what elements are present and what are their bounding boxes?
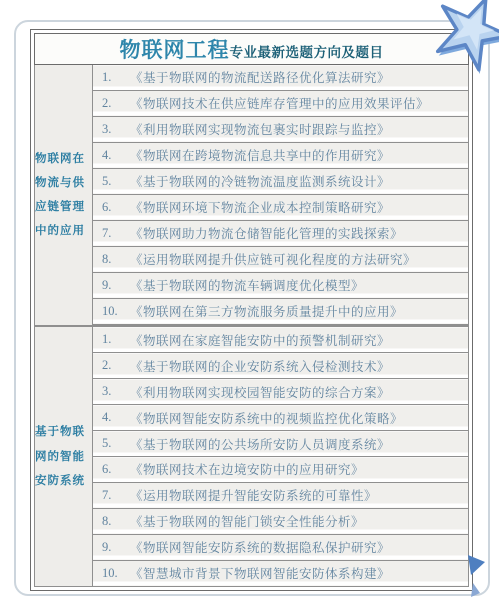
topic-title: 《利用物联网实现校园智能安防的综合方案》 (130, 383, 390, 401)
topic-number: 10. (102, 566, 130, 581)
topic-title: 《物联网技术在边境安防中的应用研究》 (130, 460, 364, 478)
topic-title: 《物联网智能安防系统的数据隐私保护研究》 (130, 538, 390, 556)
page-subtitle: 专业最新选题方向及题目 (230, 45, 384, 60)
topic-cell: 6.《物联网技术在边境安防中的应用研究》 (93, 457, 469, 483)
topic-number: 3. (102, 122, 130, 137)
topic-title: 《物联网环境下物流企业成本控制策略研究》 (130, 198, 390, 216)
topic-number: 9. (102, 278, 130, 293)
table-row: 5.《基于物联网的公共场所安防人员调度系统》 (35, 431, 469, 457)
topic-title: 《基于物联网的企业安防系统入侵检测技术》 (130, 357, 390, 375)
table-row: 3.《利用物联网实现校园智能安防的综合方案》 (35, 379, 469, 405)
topic-number: 2. (102, 96, 130, 111)
table-row: 9.《基于物联网的物流车辆调度优化模型》 (35, 272, 469, 298)
table-row: 6.《物联网环境下物流企业成本控制策略研究》 (35, 194, 469, 220)
topic-cell: 3.《利用物联网实现校园智能安防的综合方案》 (93, 379, 469, 405)
topic-number: 7. (102, 488, 130, 503)
topic-title: 《智慧城市背景下物联网智能安防体系构建》 (130, 564, 390, 582)
topic-title: 《基于物联网的公共场所安防人员调度系统》 (130, 435, 390, 453)
topic-number: 6. (102, 462, 130, 477)
topics-table: 物联网工程专业最新选题方向及题目 物联网在物流与供应链管理中的应用1.《基于物联… (34, 33, 469, 587)
topics-table-frame: 物联网工程专业最新选题方向及题目 物联网在物流与供应链管理中的应用1.《基于物联… (30, 29, 473, 591)
topic-cell: 6.《物联网环境下物流企业成本控制策略研究》 (93, 194, 469, 220)
topic-title: 《物联网助力物流仓储智能化管理的实践探索》 (130, 224, 403, 242)
topic-number: 4. (102, 410, 130, 425)
topic-title: 《物联网智能安防系统中的视频监控优化策略》 (130, 409, 403, 427)
table-row: 7.《物联网助力物流仓储智能化管理的实践探索》 (35, 220, 469, 246)
topic-number: 3. (102, 384, 130, 399)
table-row: 2.《基于物联网的企业安防系统入侵检测技术》 (35, 353, 469, 379)
topic-title: 《基于物联网的智能门锁安全性能分析》 (130, 512, 364, 530)
topic-number: 1. (102, 70, 130, 85)
topic-cell: 7.《运用物联网提升智能安防系统的可靠性》 (93, 482, 469, 508)
topics-table-body: 物联网工程专业最新选题方向及题目 物联网在物流与供应链管理中的应用1.《基于物联… (35, 34, 469, 587)
topic-number: 1. (102, 332, 130, 347)
table-row: 2.《物联网技术在供应链库存管理中的应用效果评估》 (35, 90, 469, 116)
topic-number: 2. (102, 358, 130, 373)
table-row: 9.《物联网智能安防系统的数据隐私保护研究》 (35, 534, 469, 560)
screenshot-root: { "title": { "main": "物联网工程", "sub": "专业… (0, 0, 499, 600)
topic-title: 《物联网在第三方物流服务质量提升中的应用》 (130, 302, 403, 320)
topic-title: 《运用物联网提升供应链可视化程度的方法研究》 (130, 250, 416, 268)
topic-title: 《利用物联网实现物流包裹实时跟踪与监控》 (130, 120, 390, 138)
topic-title: 《运用物联网提升智能安防系统的可靠性》 (130, 486, 377, 504)
topic-number: 10. (102, 304, 130, 319)
table-row: 8.《运用物联网提升供应链可视化程度的方法研究》 (35, 246, 469, 272)
title-cell: 物联网工程专业最新选题方向及题目 (35, 34, 469, 65)
topic-title: 《基于物联网的冷链物流温度监测系统设计》 (130, 172, 390, 190)
table-row: 10.《智慧城市背景下物联网智能安防体系构建》 (35, 560, 469, 586)
topic-cell: 4.《物联网智能安防系统中的视频监控优化策略》 (93, 405, 469, 431)
topic-title: 《物联网在跨境物流信息共享中的作用研究》 (130, 146, 390, 164)
table-row: 7.《运用物联网提升智能安防系统的可靠性》 (35, 482, 469, 508)
table-row: 8.《基于物联网的智能门锁安全性能分析》 (35, 508, 469, 534)
topic-title: 《物联网技术在供应链库存管理中的应用效果评估》 (130, 94, 429, 112)
topic-number: 6. (102, 200, 130, 215)
table-row: 10.《物联网在第三方物流服务质量提升中的应用》 (35, 298, 469, 324)
table-row: 3.《利用物联网实现物流包裹实时跟踪与监控》 (35, 116, 469, 142)
topic-cell: 2.《基于物联网的企业安防系统入侵检测技术》 (93, 353, 469, 379)
topic-cell: 5.《基于物联网的公共场所安防人员调度系统》 (93, 431, 469, 457)
topic-cell: 8.《运用物联网提升供应链可视化程度的方法研究》 (93, 246, 469, 272)
topic-number: 8. (102, 252, 130, 267)
topic-cell: 9.《基于物联网的物流车辆调度优化模型》 (93, 272, 469, 298)
topic-cell: 1.《物联网在家庭智能安防中的预警机制研究》 (93, 327, 469, 353)
table-row: 4.《物联网在跨境物流信息共享中的作用研究》 (35, 142, 469, 168)
section-header: 基于物联网的智能安防系统 (35, 327, 93, 587)
topic-number: 4. (102, 148, 130, 163)
topic-number: 7. (102, 226, 130, 241)
topic-cell: 1.《基于物联网的物流配送路径优化算法研究》 (93, 65, 469, 91)
topic-cell: 7.《物联网助力物流仓储智能化管理的实践探索》 (93, 220, 469, 246)
topic-number: 5. (102, 174, 130, 189)
topic-number: 9. (102, 540, 130, 555)
topic-number: 5. (102, 436, 130, 451)
topic-cell: 3.《利用物联网实现物流包裹实时跟踪与监控》 (93, 116, 469, 142)
topic-cell: 8.《基于物联网的智能门锁安全性能分析》 (93, 508, 469, 534)
table-row: 基于物联网的智能安防系统1.《物联网在家庭智能安防中的预警机制研究》 (35, 327, 469, 353)
table-row: 6.《物联网技术在边境安防中的应用研究》 (35, 457, 469, 483)
section-header: 物联网在物流与供应链管理中的应用 (35, 65, 93, 326)
topic-cell: 5.《基于物联网的冷链物流温度监测系统设计》 (93, 168, 469, 194)
topic-title: 《基于物联网的物流配送路径优化算法研究》 (130, 68, 390, 86)
topic-title: 《物联网在家庭智能安防中的预警机制研究》 (130, 331, 390, 349)
table-row: 5.《基于物联网的冷链物流温度监测系统设计》 (35, 168, 469, 194)
table-row: 4.《物联网智能安防系统中的视频监控优化策略》 (35, 405, 469, 431)
title-row: 物联网工程专业最新选题方向及题目 (35, 34, 469, 65)
topic-cell: 2.《物联网技术在供应链库存管理中的应用效果评估》 (93, 90, 469, 116)
topic-number: 8. (102, 514, 130, 529)
topic-cell: 4.《物联网在跨境物流信息共享中的作用研究》 (93, 142, 469, 168)
page-title: 物联网工程 (120, 38, 230, 62)
topic-title: 《基于物联网的物流车辆调度优化模型》 (130, 276, 364, 294)
topic-cell: 10.《智慧城市背景下物联网智能安防体系构建》 (93, 560, 469, 586)
table-row: 物联网在物流与供应链管理中的应用1.《基于物联网的物流配送路径优化算法研究》 (35, 65, 469, 91)
topic-cell: 9.《物联网智能安防系统的数据隐私保护研究》 (93, 534, 469, 560)
topic-cell: 10.《物联网在第三方物流服务质量提升中的应用》 (93, 298, 469, 324)
